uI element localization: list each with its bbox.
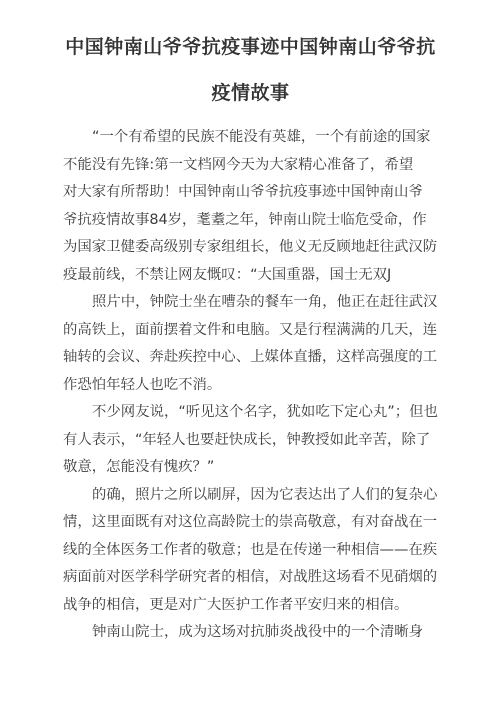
text-line: 不少网友说，“听见这个名字，犹如吃下定心丸”；但也 [63, 399, 438, 427]
text-line: 有人表示，“年轻人也要赶快成长，钟教授如此辛苦，除了 [63, 427, 438, 455]
paragraph-4: 的确，照片之所以刷屏，因为它表达出了人们的复杂心情，这里面既有对这位高龄院士的崇… [63, 482, 438, 620]
document-title-line-1: 中国钟南山爷爷抗疫事迹中国钟南山爷爷抗 [63, 24, 438, 70]
document-title-line-2: 疫情故事 [63, 70, 438, 116]
text-line: 爷抗疫情故事84岁，耄耋之年，钟南山院士临危受命，作 [63, 207, 438, 235]
text-line: 疫最前线，不禁让网友慨叹：“大国重器，国士无双J [63, 262, 438, 290]
document-body: “一个有希望的民族不能没有英雄，一个有前途的国家不能没有先锋:第一文档网今天为大… [63, 124, 438, 647]
text-line: “一个有希望的民族不能没有英雄，一个有前途的国家 [63, 124, 438, 152]
paragraph-5: 钟南山院士，成为这场对抗肺炎战役中的一个清晰身 [63, 619, 438, 647]
text-line: 不能没有先锋:第一文档网今天为大家精心准备了，希望 [63, 152, 438, 180]
text-line: 的确，照片之所以刷屏，因为它表达出了人们的复杂心 [63, 482, 438, 510]
text-line: 对大家有所帮助！中国钟南山爷爷抗疫事迹中国钟南山爷 [63, 179, 438, 207]
text-line: 情，这里面既有对这位高龄院士的崇高敬意，有对奋战在一 [63, 509, 438, 537]
text-line: 作恐怕年轻人也吃不消。 [63, 372, 438, 400]
paragraph-2: 照片中，钟院士坐在嘈杂的餐车一角，他正在赶往武汉的高铁上，面前摆着文件和电脑。又… [63, 289, 438, 399]
document-page: 中国钟南山爷爷抗疫事迹中国钟南山爷爷抗 疫情故事 “一个有希望的民族不能没有英雄… [0, 0, 500, 707]
text-line: 线的全体医务工作者的敬意；也是在传递一种相信——在疾 [63, 537, 438, 565]
text-line: 敬意，怎能没有愧疚？” [63, 454, 438, 482]
paragraph-1: “一个有希望的民族不能没有英雄，一个有前途的国家不能没有先锋:第一文档网今天为大… [63, 124, 438, 289]
text-line: 轴转的会议、奔赴疾控中心、上媒体直播，这样高强度的工 [63, 344, 438, 372]
text-line: 为国家卫健委高级别专家组组长，他义无反顾地赶往武汉防 [63, 234, 438, 262]
text-line: 的高铁上，面前摆着文件和电脑。又是行程满满的几天，连 [63, 317, 438, 345]
text-line: 病面前对医学科学研究者的相信，对战胜这场看不见硝烟的 [63, 564, 438, 592]
paragraph-3: 不少网友说，“听见这个名字，犹如吃下定心丸”；但也有人表示，“年轻人也要赶快成长… [63, 399, 438, 482]
text-line: 战争的相信，更是对广大医护工作者平安归来的相信。 [63, 592, 438, 620]
text-line: 钟南山院士，成为这场对抗肺炎战役中的一个清晰身 [63, 619, 438, 647]
text-line: 照片中，钟院士坐在嘈杂的餐车一角，他正在赶往武汉 [63, 289, 438, 317]
document-title: 中国钟南山爷爷抗疫事迹中国钟南山爷爷抗 疫情故事 [63, 24, 438, 116]
